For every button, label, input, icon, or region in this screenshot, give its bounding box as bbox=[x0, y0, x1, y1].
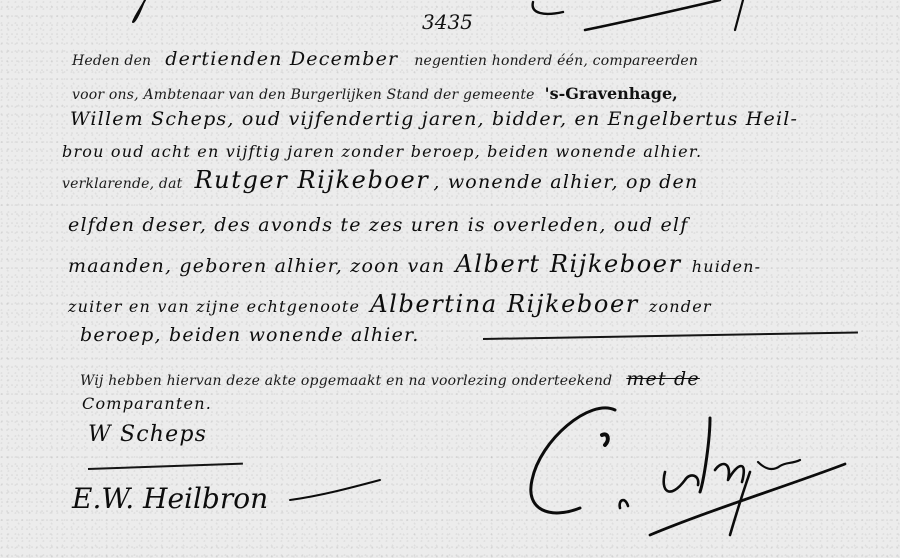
closing-underline bbox=[483, 331, 858, 340]
printed-text: voor ons, Ambtenaar van den Burgerlijken… bbox=[72, 87, 535, 103]
printed-text: Heden den bbox=[72, 53, 151, 69]
handwritten-text: huiden- bbox=[692, 257, 762, 276]
signature-registrar bbox=[510, 400, 860, 545]
signature-underline bbox=[88, 463, 243, 470]
scanned-document-page: 3435 Heden den dertienden December negen… bbox=[0, 0, 900, 558]
father-name: Albert Rijkeboer bbox=[455, 250, 681, 278]
line-comparanten: Comparanten. bbox=[82, 394, 212, 413]
top-margin-flourish bbox=[125, 0, 155, 25]
handwritten-text: zonder bbox=[649, 297, 712, 316]
printed-text: Wij hebben hiervan deze akte opgemaakt e… bbox=[80, 373, 612, 389]
line-death-time: elfden deser, des avonds te zes uren is … bbox=[68, 214, 688, 236]
municipality-name: 's-Gravenhage, bbox=[545, 84, 678, 103]
signature-witness-2-flourish bbox=[290, 478, 390, 508]
handwritten-text: , wonende alhier, op den bbox=[433, 171, 698, 193]
printed-text: negentien honderd één, compareerden bbox=[414, 53, 698, 69]
mother-name: Albertina Rijkeboer bbox=[370, 290, 639, 318]
line-residence: beroep, beiden wonende alhier. bbox=[80, 324, 419, 346]
line-official: voor ons, Ambtenaar van den Burgerlijken… bbox=[72, 84, 678, 104]
handwritten-text: maanden, geboren alhier, zoon van bbox=[68, 255, 445, 277]
line-closing: Wij hebben hiervan deze akte opgemaakt e… bbox=[80, 368, 700, 390]
line-deceased: verklarende, dat Rutger Rijkeboer , wone… bbox=[62, 166, 698, 194]
line-witness-2: brou oud acht en vijftig jaren zonder be… bbox=[62, 142, 702, 161]
handwritten-date: dertienden December bbox=[165, 48, 398, 70]
printed-text: verklarende, dat bbox=[62, 176, 182, 192]
top-registrar-paraph bbox=[525, 0, 755, 40]
deceased-name: Rutger Rijkeboer bbox=[194, 166, 429, 194]
signature-witness-2: E.W. Heilbron bbox=[72, 482, 268, 515]
struck-handwritten-text: met de bbox=[626, 368, 700, 390]
handwritten-text: zuiter en van zijne echtgenoote bbox=[68, 297, 360, 316]
line-date: Heden den dertienden December negentien … bbox=[72, 48, 698, 70]
line-mother: zuiter en van zijne echtgenoote Albertin… bbox=[68, 290, 712, 318]
record-number: 3435 bbox=[422, 10, 473, 34]
line-father: maanden, geboren alhier, zoon van Albert… bbox=[68, 250, 761, 278]
line-witness-1: Willem Scheps, oud vijfendertig jaren, b… bbox=[70, 108, 798, 130]
signature-witness-1: W Scheps bbox=[88, 422, 207, 447]
